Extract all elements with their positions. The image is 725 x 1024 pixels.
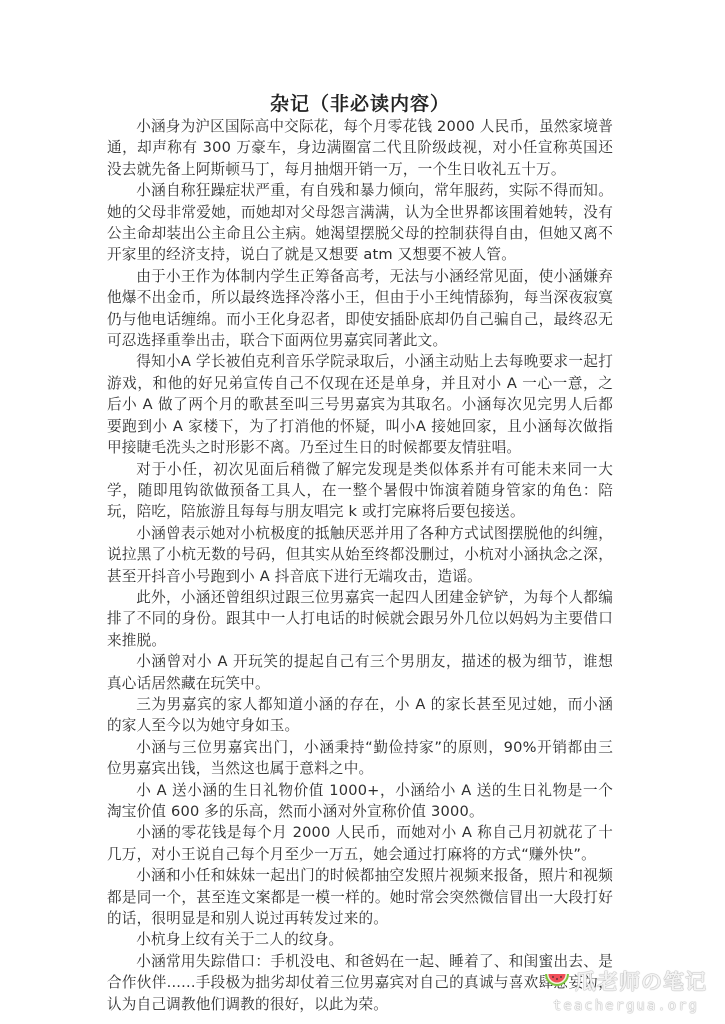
paragraph-13: 小涵和小任和妹妹一起出门的时候都抽空发照片视频来报备，照片和视频都是同一个，甚至…: [107, 865, 613, 929]
watermark-name: 瓜老师の笔记: [575, 966, 707, 996]
page-title: 杂记（非必读内容）: [107, 92, 613, 116]
paragraph-3: 由于小王作为体制内学生正筹备高考，无法与小涵经常见面，使小涵嫌弃他爆不出金币，所…: [107, 266, 613, 352]
paragraph-11: 小 A 送小涵的生日礼物价值 1000+，小涵给小 A 送的生日礼物是一个淘宝价…: [107, 780, 613, 823]
paragraph-10: 小涵与三位男嘉宾出门，小涵秉持“勤俭持家”的原则，90%开销都由三位男嘉宾出钱，…: [107, 737, 613, 780]
paragraph-2: 小涵自称狂躁症状严重，有自残和暴力倾向，常年服药，实际不得而知。她的父母非常爱她…: [107, 180, 613, 266]
paragraph-12: 小涵的零花钱是每个月 2000 人民币，而她对小 A 称自己月初就花了十几万，对…: [107, 822, 613, 865]
watermark: 瓜老师の笔记 teachergua.org: [527, 966, 707, 1014]
paragraph-7: 此外，小涵还曾组织过跟三位男嘉宾一起四人团建金铲铲，为每个人都编排了不同的身份。…: [107, 587, 613, 651]
paragraph-4: 得知小A 学长被伯克利音乐学院录取后，小涵主动贴上去每晚要求一起打游戏，和他的好…: [107, 351, 613, 458]
paragraph-5: 对于小任，初次见面后稍微了解完发现是类似体系并有可能未来同一大学，随即甩钩欲做预…: [107, 459, 613, 523]
watermelon-icon: [543, 970, 571, 992]
paragraph-8: 小涵曾对小 A 开玩笑的提起自己有三个男朋友，描述的极为细节，谁想真心话居然藏在…: [107, 651, 613, 694]
paragraph-14: 小杭身上纹有关于二人的纹身。: [107, 929, 613, 950]
watermark-url: teachergua.org: [527, 998, 707, 1014]
paragraph-9: 三为男嘉宾的家人都知道小涵的存在，小 A 的家长甚至见过她，而小涵的家人至今以为…: [107, 694, 613, 737]
paragraph-6: 小涵曾表示她对小杭极度的抵触厌恶并用了各种方式试图摆脱他的纠缠，说拉黑了小杭无数…: [107, 523, 613, 587]
document-page: 杂记（非必读内容） 小涵身为沪区国际高中交际花，每个月零花钱 2000 人民币，…: [107, 92, 613, 1015]
paragraph-1: 小涵身为沪区国际高中交际花，每个月零花钱 2000 人民币，虽然家境普通，却声称…: [107, 116, 613, 180]
